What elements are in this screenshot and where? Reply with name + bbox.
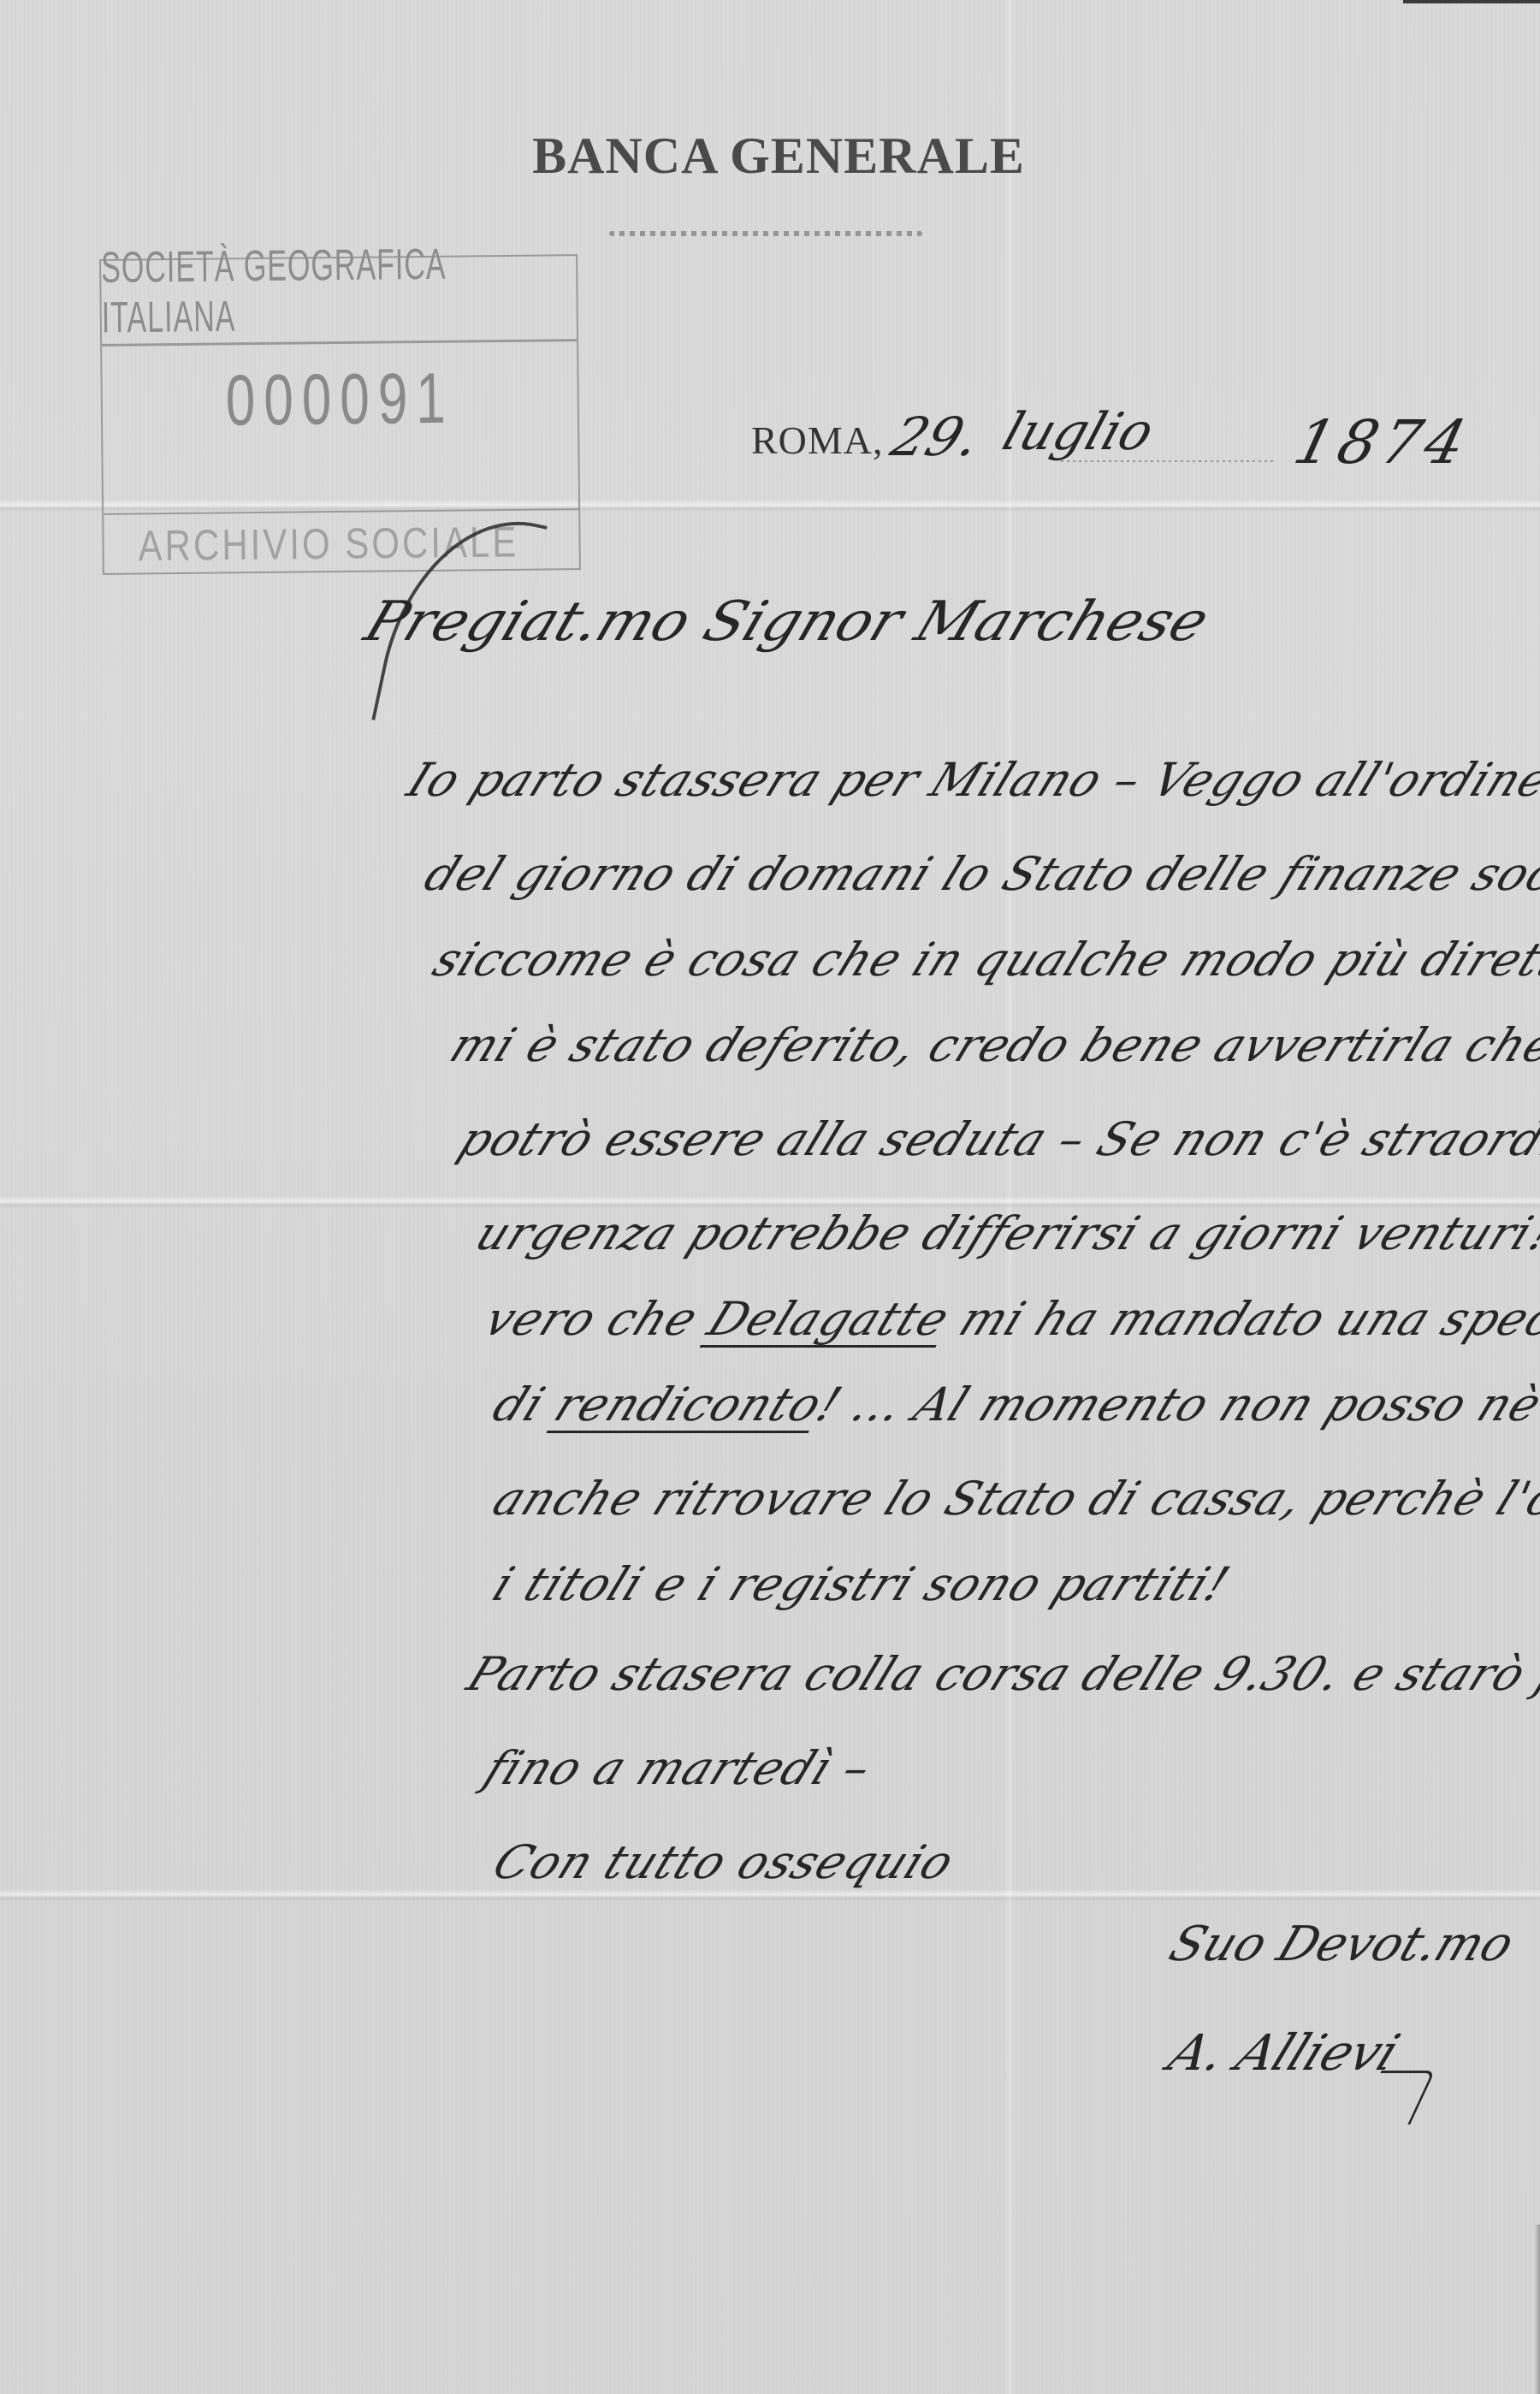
fold-line-vertical [1005, 0, 1014, 2394]
underlined-word: Delagatte [700, 1292, 957, 1346]
body-line: anche ritrovare lo Stato di cassa, perch… [485, 1472, 1540, 1526]
body-line: Con tutto ossequio [485, 1835, 962, 1889]
dateline-dotted-rule [1061, 460, 1275, 462]
letterhead-title: BANCA GENERALE [479, 127, 1078, 186]
dateline-day: 29. [884, 406, 988, 468]
dateline-place: ROMA, [751, 418, 884, 463]
dateline-year: 1874 [1288, 407, 1478, 477]
body-line: urgenza potrebbe differirsi a giorni ven… [468, 1206, 1540, 1260]
body-line: del giorno di domani lo Stato delle fina… [417, 847, 1540, 901]
paper-edge-shadow [1403, 0, 1540, 3]
stamp-institution: SOCIETÀ GEOGRAFICA ITALIANA [101, 239, 577, 347]
fold-line-3 [0, 1889, 1540, 1901]
closing-formula: Suo Devot.mo [1162, 1917, 1521, 1972]
stamp-divider [104, 508, 578, 515]
paper-corner-curl [1535, 2225, 1540, 2394]
body-line: i titoli e i registri sono partiti! [485, 1557, 1238, 1611]
body-line: di rendiconto! ... Al momento non posso … [485, 1378, 1540, 1431]
letterhead-ornamental-rule [609, 231, 922, 236]
stamp-number: 000091 [102, 357, 577, 444]
underlined-word: rendiconto [547, 1378, 831, 1431]
body-line: Parto stasera colla corsa delle 9.30. e … [459, 1647, 1540, 1701]
body-line: Io parto stassera per Milano – Veggo all… [400, 753, 1540, 807]
body-line: mi è stato deferito, credo bene avvertir… [442, 1018, 1540, 1072]
body-line: potrò essere alla seduta – Se non c'è st… [451, 1112, 1540, 1166]
body-line: vero che Delagatte mi ha mandato una spe… [477, 1292, 1540, 1346]
body-line: siccome è cosa che in qualche modo più d… [425, 933, 1540, 987]
dateline-month: luglio [996, 402, 1161, 462]
letter-paper: BANCA GENERALE SOCIETÀ GEOGRAFICA ITALIA… [0, 0, 1540, 2394]
body-line: fino a martedì – [477, 1741, 880, 1795]
salutation: Pregiat.mo Signor Marchese [357, 590, 1217, 654]
signature: A. Allievi [1160, 2024, 1407, 2082]
